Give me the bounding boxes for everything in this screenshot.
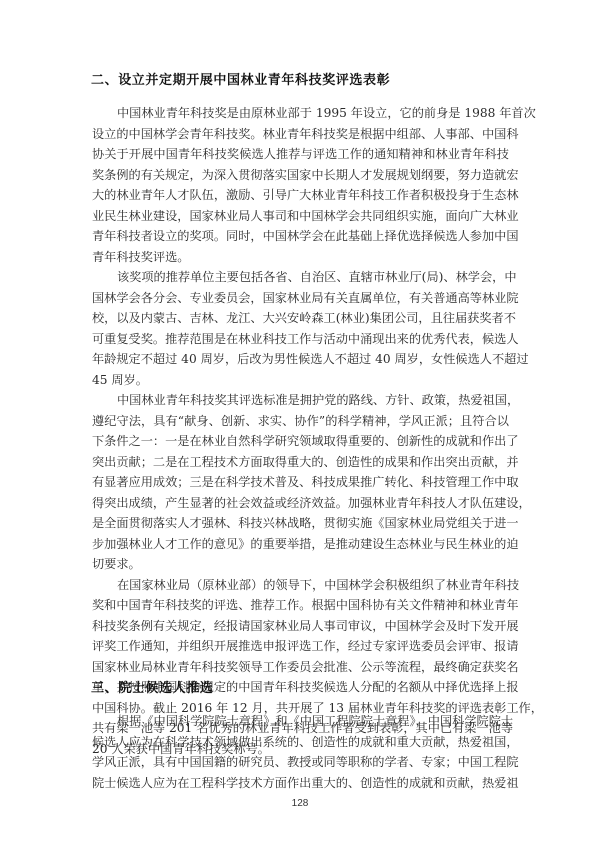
text-line: 可重复受奖。推荐范围是在林业科技工作与活动中涌现出来的优秀代表，候选人 [92, 331, 509, 347]
text-line: 45 周岁。 [92, 372, 509, 388]
text-line: 评奖工作通知，并组织开展推选申报评选工作，经过专家评选委员会评审、报请 [92, 638, 509, 654]
text-line: 遵纪守法，具有“献身、创新、求实、协作”的科学精神，学风正派；且符合以 [92, 413, 509, 429]
text-line: 单，并按照中国科协规定的中国青年科技奖候选人分配的名额从中择优选择上报 [92, 679, 509, 695]
text-line: 奖和中国青年科技奖的评选、推荐工作。根据中国科协有关文件精神和林业青年 [92, 597, 509, 613]
text-line: 有显著应用成效；三是在科学技术普及、科技成果推广转化、科技管理工作中取 [92, 474, 509, 490]
text-line: 切要求。 [92, 556, 509, 572]
text-line: 大的林业青年人才队伍，激励、引导广大林业青年科技工作者积极投身于生态林 [92, 187, 509, 203]
text-line: 共有梁一池等 201 名优秀的林业青年科技工作者受到表彰，其中已有梁一池等 [92, 720, 509, 736]
text-line: 设立的中国林学会青年科技奖。林业青年科技奖是根据中组部、人事部、中国科 [92, 126, 509, 142]
text-line: 国林学会各分会、专业委员会，国家林业局有关直属单位，有关普通高等林业院 [92, 290, 509, 306]
text-line: 下条件之一：一是在林业自然科学研究领域取得重要的、创新性的成就和作出了 [92, 433, 509, 449]
text-line: 中国科协。截止 2016 年 12 月，共开展了 13 届林业青年科技奖的评选表… [92, 700, 509, 716]
text-line: 20 人荣获中国青年科技奖称号。 [92, 741, 509, 757]
text-line: 中国林业青年科技奖是由原林业部于 1995 年设立，它的前身是 1988 年首次 [117, 105, 509, 121]
text-line: 步加强林业人才工作的意见》的重要举措，是推动建设生态林业与民生林业的迫 [92, 536, 509, 552]
text-line: 得突出成绩，产生显著的社会效益或经济效益。加强林业青年科技人才队伍建设， [92, 495, 509, 511]
section-2-heading: 二、设立并定期开展中国林业青年科技奖评选表彰 [91, 69, 390, 88]
text-line: 突出贡献；二是在工程技术方面取得重大的、创造性的成果和作出突出贡献，并 [92, 454, 509, 470]
document-page: 二、设立并定期开展中国林业青年科技奖评选表彰 中国林业青年科技奖是由原林业部于 … [0, 0, 600, 848]
text-line: 校，以及内蒙古、吉林、龙江、大兴安岭森工(林业)集团公司，且往届获奖者不 [92, 310, 509, 326]
text-line: 青年科技奖评选。 [92, 249, 509, 265]
text-line: 科技奖条例有关规定，经报请国家林业局人事司审议，中国林学会及时下发开展 [92, 618, 509, 634]
text-line: 在国家林业局（原林业部）的领导下，中国林学会积极组织了林业青年科技 [117, 577, 509, 593]
text-line: 是全面贯彻落实人才强林、科技兴林战略，贯彻实施《国家林业局党组关于进一 [92, 515, 509, 531]
text-line: 青年科技者设立的奖项。同时，中国林学会在此基础上择优选择候选人参加中国 [92, 228, 509, 244]
text-line: 国家林业局林业青年科技奖领导工作委员会批准、公示等流程，最终确定获奖名 [92, 659, 509, 675]
text-line: 中国林业青年科技奖其评选标准是拥护党的路线、方针、政策，热爱祖国， [117, 392, 509, 408]
text-line: 该奖项的推荐单位主要包括各省、自治区、直辖市林业厅(局)、林学会，中 [117, 269, 509, 285]
text-line: 年龄规定不超过 40 周岁，后改为男性候选人不超过 40 周岁，女性候选人不超过 [92, 351, 509, 367]
text-line: 奖条例的有关规定，为深入贯彻落实国家中长期人才发展规划纲要，努力造就宏 [92, 167, 509, 183]
text-line: 协关于开展中国青年科技奖候选人推荐与评选工作的通知精神和林业青年科技 [92, 146, 509, 162]
text-line: 业民生林业建设，国家林业局人事司和中国林学会共同组织实施，面向广大林业 [92, 208, 509, 224]
